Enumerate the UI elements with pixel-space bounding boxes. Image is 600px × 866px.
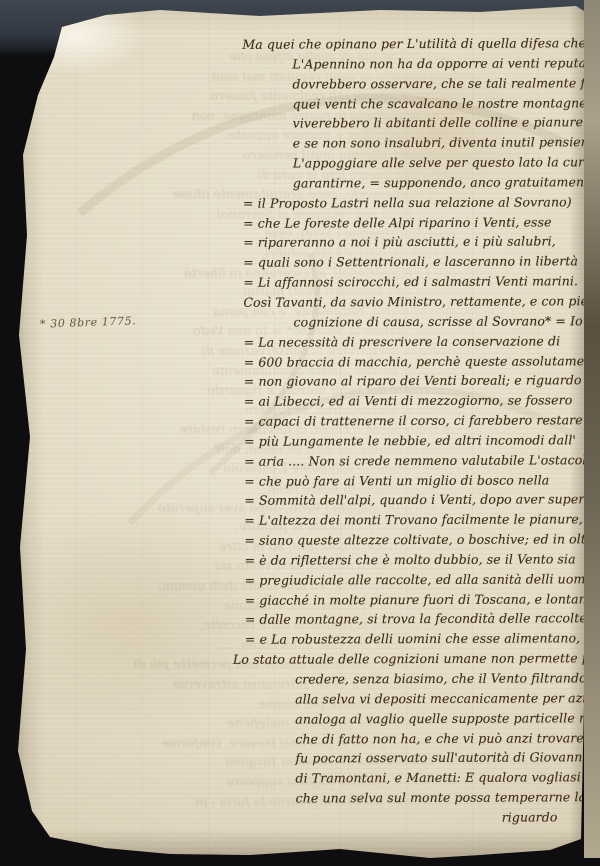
manuscript-line: alla selva vi depositi meccanicamente pe… [295, 688, 587, 709]
manuscript-line: = pregiudiciale alle raccolte, ed alla s… [245, 569, 587, 590]
manuscript-line: = ripareranno a noi i più asciutti, e i … [243, 232, 585, 253]
manuscript-page: Ma quei che opinano per L'utilità di que… [10, 3, 584, 859]
manuscript-text-block: Ma quei che opinano per L'utilità di que… [242, 33, 587, 828]
manuscript-line: cognizione di causa, scrisse al Sovrano*… [293, 311, 585, 332]
manuscript-line: L'Apennino non ha da opporre ai venti re… [292, 53, 584, 74]
manuscript-line: = 600 braccia di macchia, perchè queste … [244, 351, 586, 372]
manuscript-line: Ma quei che opinano per L'utilità di que… [242, 33, 584, 54]
manuscript-line: che di fatto non ha, e che vi può anzi t… [295, 728, 587, 749]
manuscript-line: viverebbero li abitanti delle colline e … [293, 113, 585, 134]
margin-date-note: * 30 8bre 1775. [40, 314, 137, 330]
manuscript-line: = aria .... Non si crede nemmeno valutab… [244, 450, 586, 471]
footnote-asterisk: * [40, 317, 47, 330]
manuscript-line: credere, senza biasimo, che il Vento fil… [295, 668, 587, 689]
manuscript-line: di Tramontani, e Manetti: E qualora vogl… [295, 767, 587, 788]
manuscript-line: L'appoggiare alle selve per questo lato … [293, 152, 585, 173]
manuscript-line: = non giovano al riparo dei Venti boreal… [244, 371, 586, 392]
manuscript-line: = giacché in molte pianure fuori di Tosc… [245, 589, 587, 610]
manuscript-line: = siano queste altezze coltivate, o bosc… [244, 529, 586, 550]
manuscript-line: = dalle montagne, si trova la fecondità … [245, 609, 587, 630]
manuscript-text: Ma quei che opinano per L'utilità di que… [242, 33, 587, 808]
manuscript-line: Così Tavanti, da savio Ministro, rettame… [243, 291, 585, 312]
manuscript-line: = e La robustezza delli uomini che esse … [245, 629, 587, 650]
manuscript-line: = capaci di trattenerne il corso, ci far… [244, 410, 586, 431]
manuscript-line: fu pocanzi osservato sull'autorità di Gi… [295, 748, 587, 769]
margin-date-text: 30 8bre 1775. [50, 314, 136, 330]
manuscript-photo: Ma quei che opinano per L'utilità di que… [0, 0, 600, 866]
catchword: riguardo [502, 807, 588, 827]
manuscript-line: = è da riflettersi che è molto dubbio, s… [245, 549, 587, 570]
manuscript-line: analoga al vaglio quelle supposte partic… [295, 708, 587, 729]
manuscript-line: garantirne, = supponendo, anco gratuitam… [293, 172, 585, 193]
underlying-page-edge [584, 0, 600, 858]
manuscript-line: = quali sono i Settentrionali, e lascera… [243, 252, 585, 273]
manuscript-line: quei venti che scavalcano le nostre mont… [293, 93, 585, 114]
manuscript-line: = Sommità dell'alpi, quando i Venti, dop… [244, 490, 586, 511]
manuscript-line: = La necessità di prescrivere la conserv… [244, 331, 586, 352]
manuscript-line: = più Lungamente le nebbie, ed altri inc… [244, 430, 586, 451]
manuscript-line: = che può fare ai Venti un miglio di bos… [244, 470, 586, 491]
manuscript-line: che una selva sul monte possa temperarne… [296, 787, 588, 808]
manuscript-line: dovrebbero osservare, che se tali realme… [292, 73, 584, 94]
manuscript-line: = Li affannosi scirocchi, ed i salmastri… [243, 271, 585, 292]
manuscript-line: = che Le foreste delle Alpi riparino i V… [243, 212, 585, 233]
manuscript-line: = L'altezza dei monti Trovano facilmente… [244, 510, 586, 531]
manuscript-line: = il Proposto Lastri nella sua relazione… [243, 192, 585, 213]
manuscript-line: Lo stato attuale delle cognizioni umane … [233, 648, 587, 669]
manuscript-line: e se non sono insalubri, diventa inutil … [293, 132, 585, 153]
manuscript-line: = ai Libecci, ed ai Venti di mezzogiorno… [244, 390, 586, 411]
